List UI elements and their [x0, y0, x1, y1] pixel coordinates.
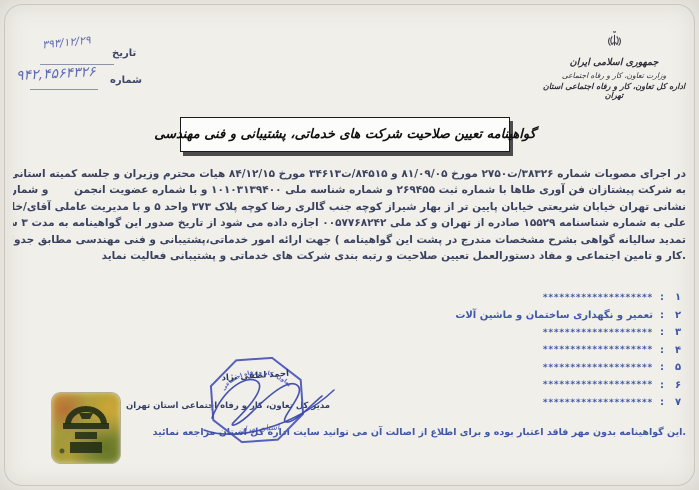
activity-row: ۴ : ********************	[330, 342, 685, 360]
activity-colon: :	[653, 380, 671, 391]
body-line: در اجرای مصوبات شماره ۳۸۳۲۶/ت۲۷۵۰ مورخ ۸…	[13, 166, 686, 182]
activity-colon: :	[653, 397, 671, 408]
date-label: تاریخ	[112, 48, 136, 59]
activity-number: ۴	[671, 345, 685, 356]
activity-row: ۲ : تعمیر و نگهداری ساختمان و ماشین آلات	[330, 307, 685, 325]
activity-row: ۶ : ********************	[330, 377, 685, 395]
certificate-title-banner: گواهینامه تعیین صلاحیت شرکت های خدماتی، …	[180, 117, 510, 152]
activity-colon: :	[653, 345, 671, 356]
activity-value: ********************	[543, 363, 653, 373]
iran-emblem-icon	[606, 29, 623, 54]
activity-row: ۷ : ********************	[330, 394, 685, 412]
activity-number: ۶	[671, 380, 685, 391]
activity-value: تعمیر و نگهداری ساختمان و ماشین آلات	[455, 310, 653, 321]
hologram-seal-icon	[52, 393, 120, 463]
activity-row: ۳ : ********************	[330, 324, 685, 342]
body-line: علی به شماره شناسنامه ۱۵۵۲۹ صادره از تهر…	[13, 215, 686, 231]
body-line: به شرکت پیشتازان فن آوری طاها با شماره ث…	[13, 182, 686, 198]
government-header: جمهوری اسلامی ایران وزارت تعاون، کار و ر…	[538, 29, 690, 100]
handwritten-date: ۳۹۳/۱۲/۲۹	[41, 33, 91, 51]
activity-value: ********************	[543, 380, 653, 390]
activity-number: ۱	[671, 292, 685, 303]
activity-value: ********************	[543, 345, 653, 355]
activities-list: ۱ : ******************** ۲ : تعمیر و نگه…	[330, 289, 685, 412]
certificate-body: در اجرای مصوبات شماره ۳۸۳۲۶/ت۲۷۵۰ مورخ ۸…	[13, 166, 686, 264]
activity-number: ۷	[671, 397, 685, 408]
activity-colon: :	[653, 292, 671, 303]
official-stamp: وزارت تعاون، کار و رفاه اجتماعی احمد لطف…	[206, 353, 308, 447]
activity-number: ۳	[671, 327, 685, 338]
header-ministry: وزارت تعاون، کار و رفاه اجتماعی	[538, 71, 690, 80]
body-line: .کار و تامین اجتماعی و مفاد دستورالعمل ت…	[13, 248, 686, 264]
activity-colon: :	[653, 362, 671, 373]
body-line: نشانی تهران خیابان شریعتی خیابان پایین ت…	[13, 199, 686, 215]
activity-value: ********************	[543, 398, 653, 408]
header-country: جمهوری اسلامی ایران	[538, 57, 690, 68]
handwritten-number: ۹۴۲,۴۵۶۴۳۲۶	[16, 64, 96, 84]
activity-colon: :	[653, 310, 671, 321]
activity-value: ********************	[543, 293, 653, 303]
activity-number: ۲	[671, 310, 685, 321]
body-line: تمدید سالیانه گواهی بشرح مشخصات مندرج در…	[13, 232, 686, 248]
number-underline	[30, 89, 98, 90]
activity-value: ********************	[543, 328, 653, 338]
number-label: شماره	[110, 75, 142, 86]
activity-row: ۵ : ********************	[330, 359, 685, 377]
activity-number: ۵	[671, 362, 685, 373]
activity-colon: :	[653, 327, 671, 338]
header-department: اداره کل تعاون، کار و رفاه اجتماعی استان…	[538, 82, 690, 100]
activity-row: ۱ : ********************	[330, 289, 685, 307]
certificate-document: ۳۹۳/۱۲/۲۹ تاریخ ۹۴۲,۴۵۶۴۳۲۶ شماره جمهوری…	[0, 0, 699, 490]
certificate-title: گواهینامه تعیین صلاحیت شرکت های خدماتی، …	[154, 127, 536, 142]
